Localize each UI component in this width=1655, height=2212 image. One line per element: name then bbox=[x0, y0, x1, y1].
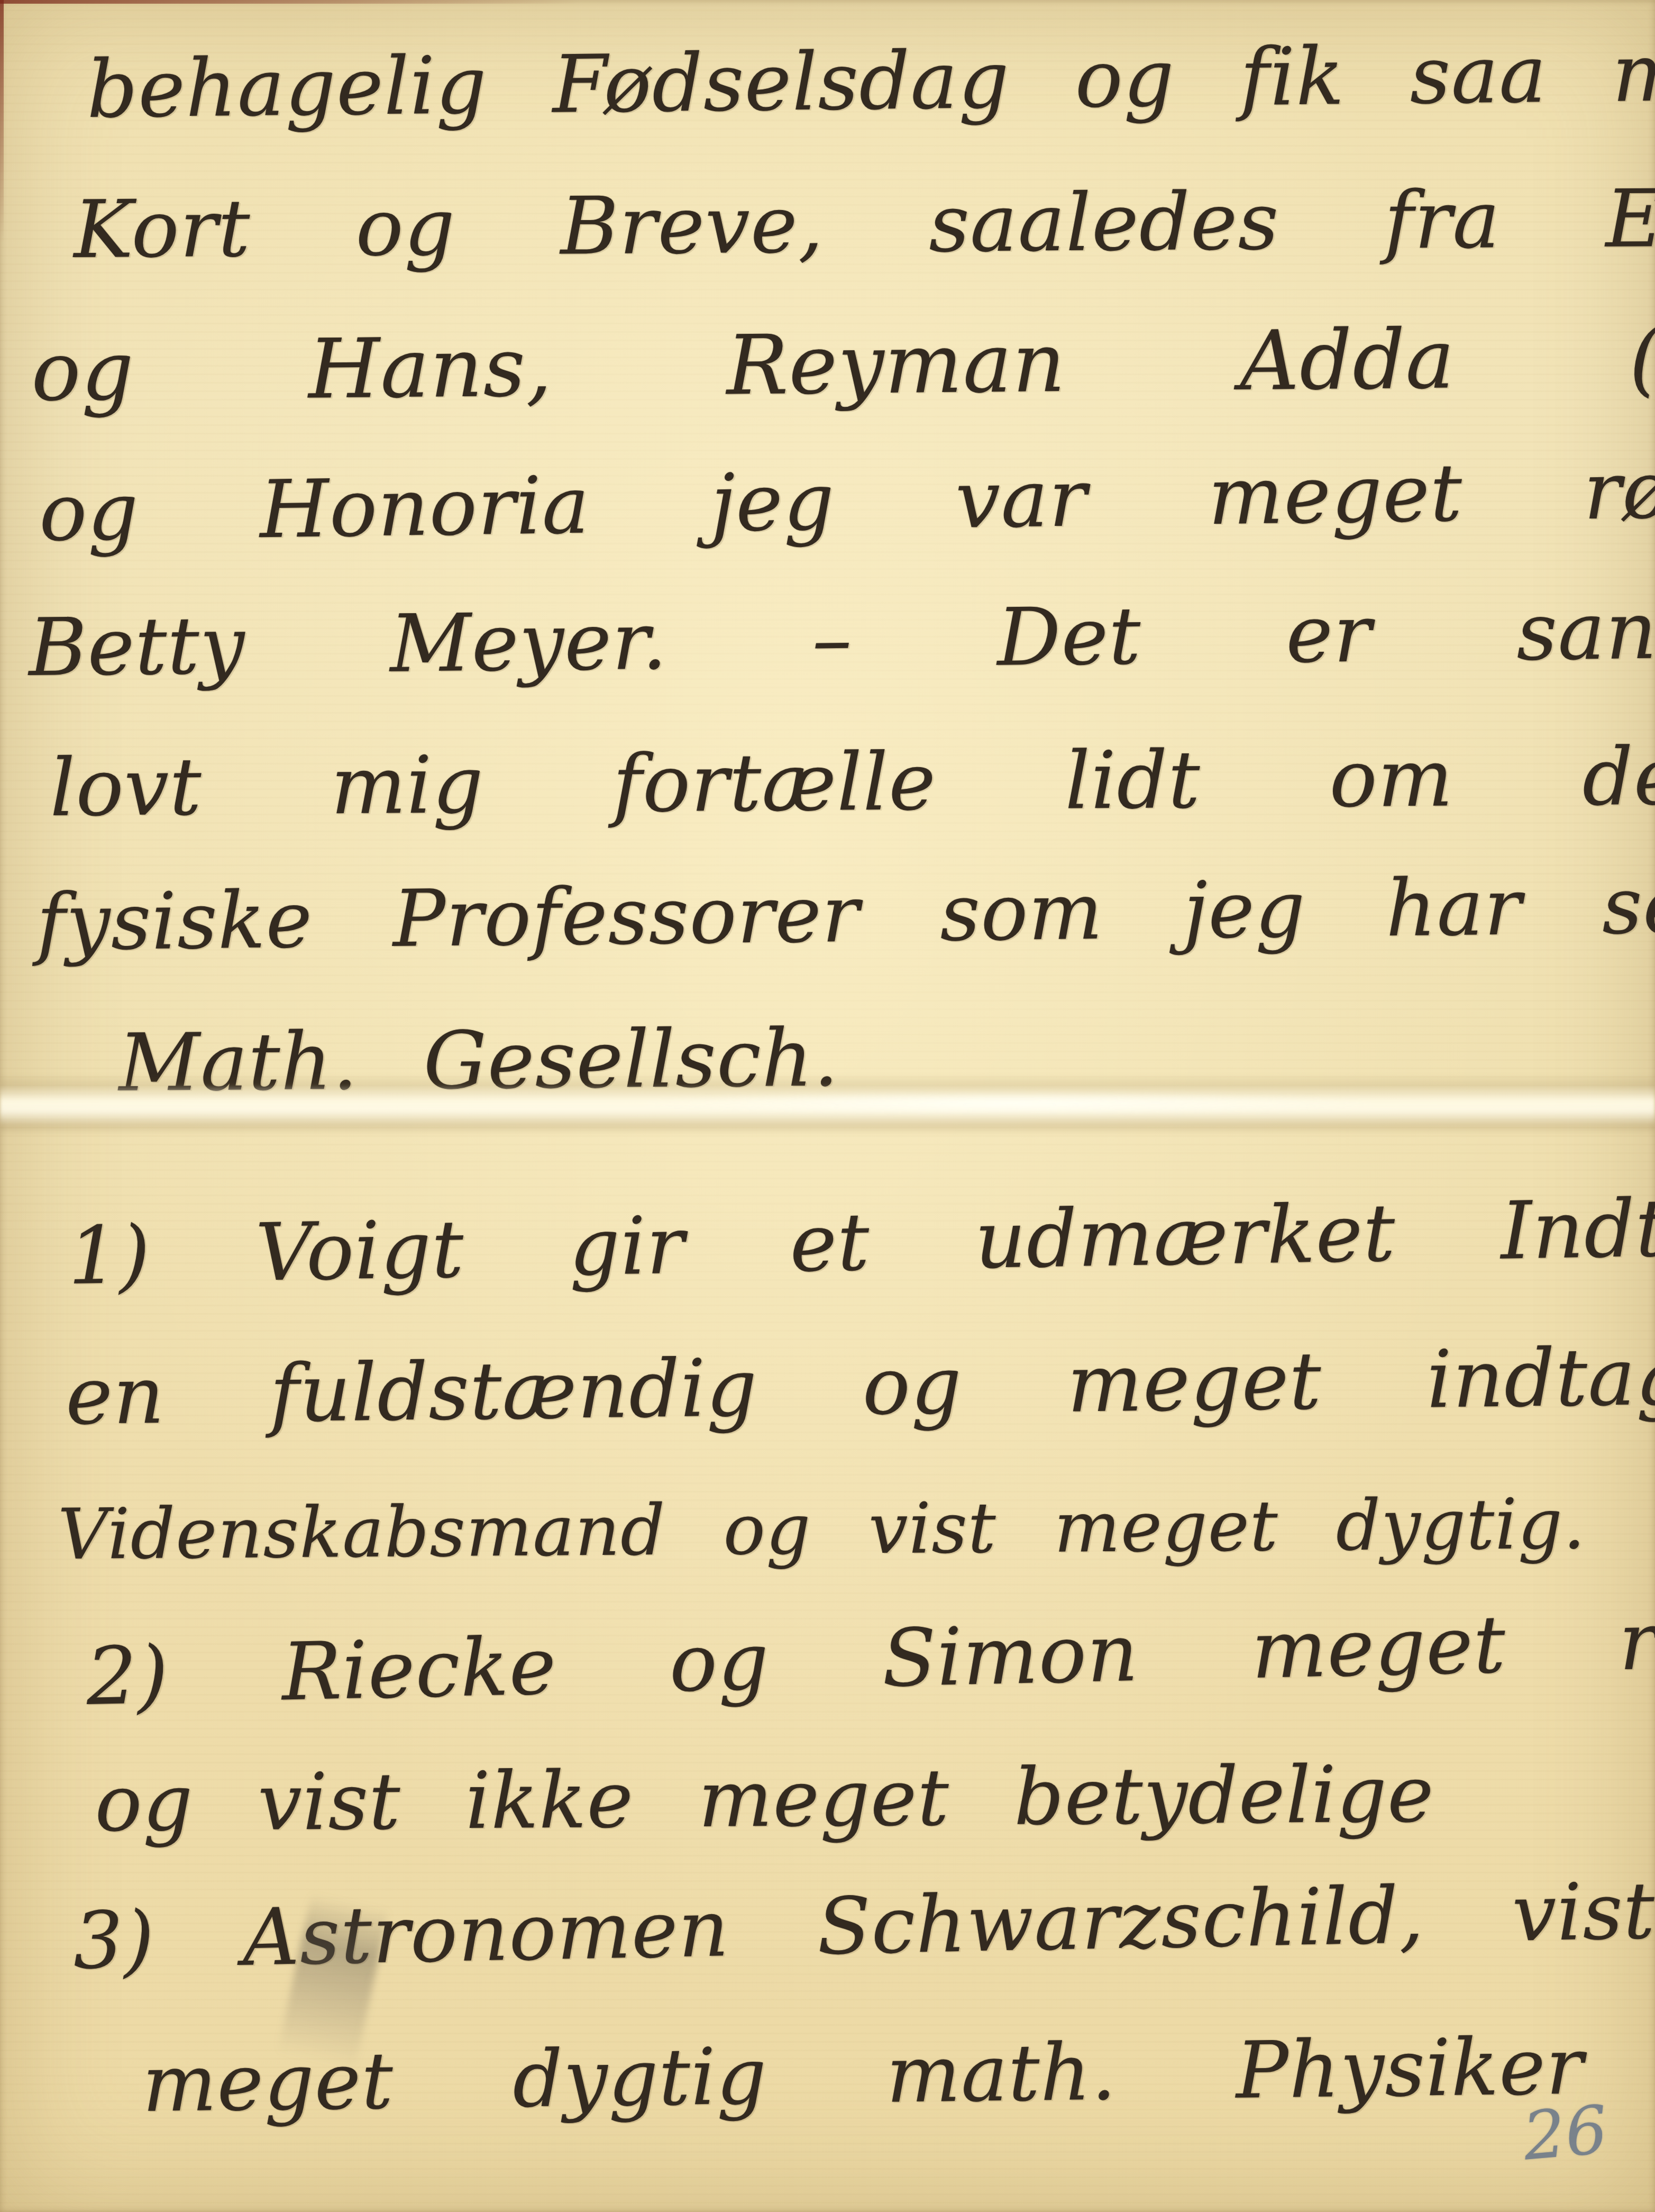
fold-crease bbox=[0, 1074, 1655, 1135]
letter-line: 2) Riecke og Simon meget rigtige bbox=[86, 1597, 1655, 1717]
letter-line: og Honoria jeg var meget rørt fra bbox=[39, 447, 1655, 553]
fold-crease-tear bbox=[629, 1091, 1390, 1115]
page-number-pencil: 26 bbox=[1520, 2091, 1611, 2175]
letter-line: lovt mig fortælle lidt om de bbox=[50, 737, 1655, 828]
letter-line: 1) Voigt gir et udmærket Indtryk bbox=[67, 1187, 1655, 1296]
letter-line: en fuldstændig og meget indtagende bbox=[65, 1335, 1655, 1436]
letter-line: og Hans, Reyman Adda (Max bbox=[31, 315, 1655, 413]
letter-line: Videnskabsmand og vist meget dygtig. bbox=[58, 1489, 1586, 1570]
letter-page: behagelig Fødselsdag og fik saa mange Ko… bbox=[0, 0, 1655, 2212]
letter-line: behagelig Fødselsdag og fik saa mange bbox=[86, 31, 1655, 130]
scan-edge-top bbox=[0, 0, 582, 4]
scan-edge-left bbox=[0, 0, 4, 243]
letter-line: Kort og Breve, saaledes fra Einar bbox=[74, 178, 1655, 270]
letter-line: fysiske Professorer som jeg har set i bbox=[36, 865, 1655, 962]
letter-line: og vist ikke meget betydelige bbox=[95, 1755, 1434, 1843]
letter-line: Betty Meyer. – Det er sandt bbox=[28, 590, 1655, 688]
